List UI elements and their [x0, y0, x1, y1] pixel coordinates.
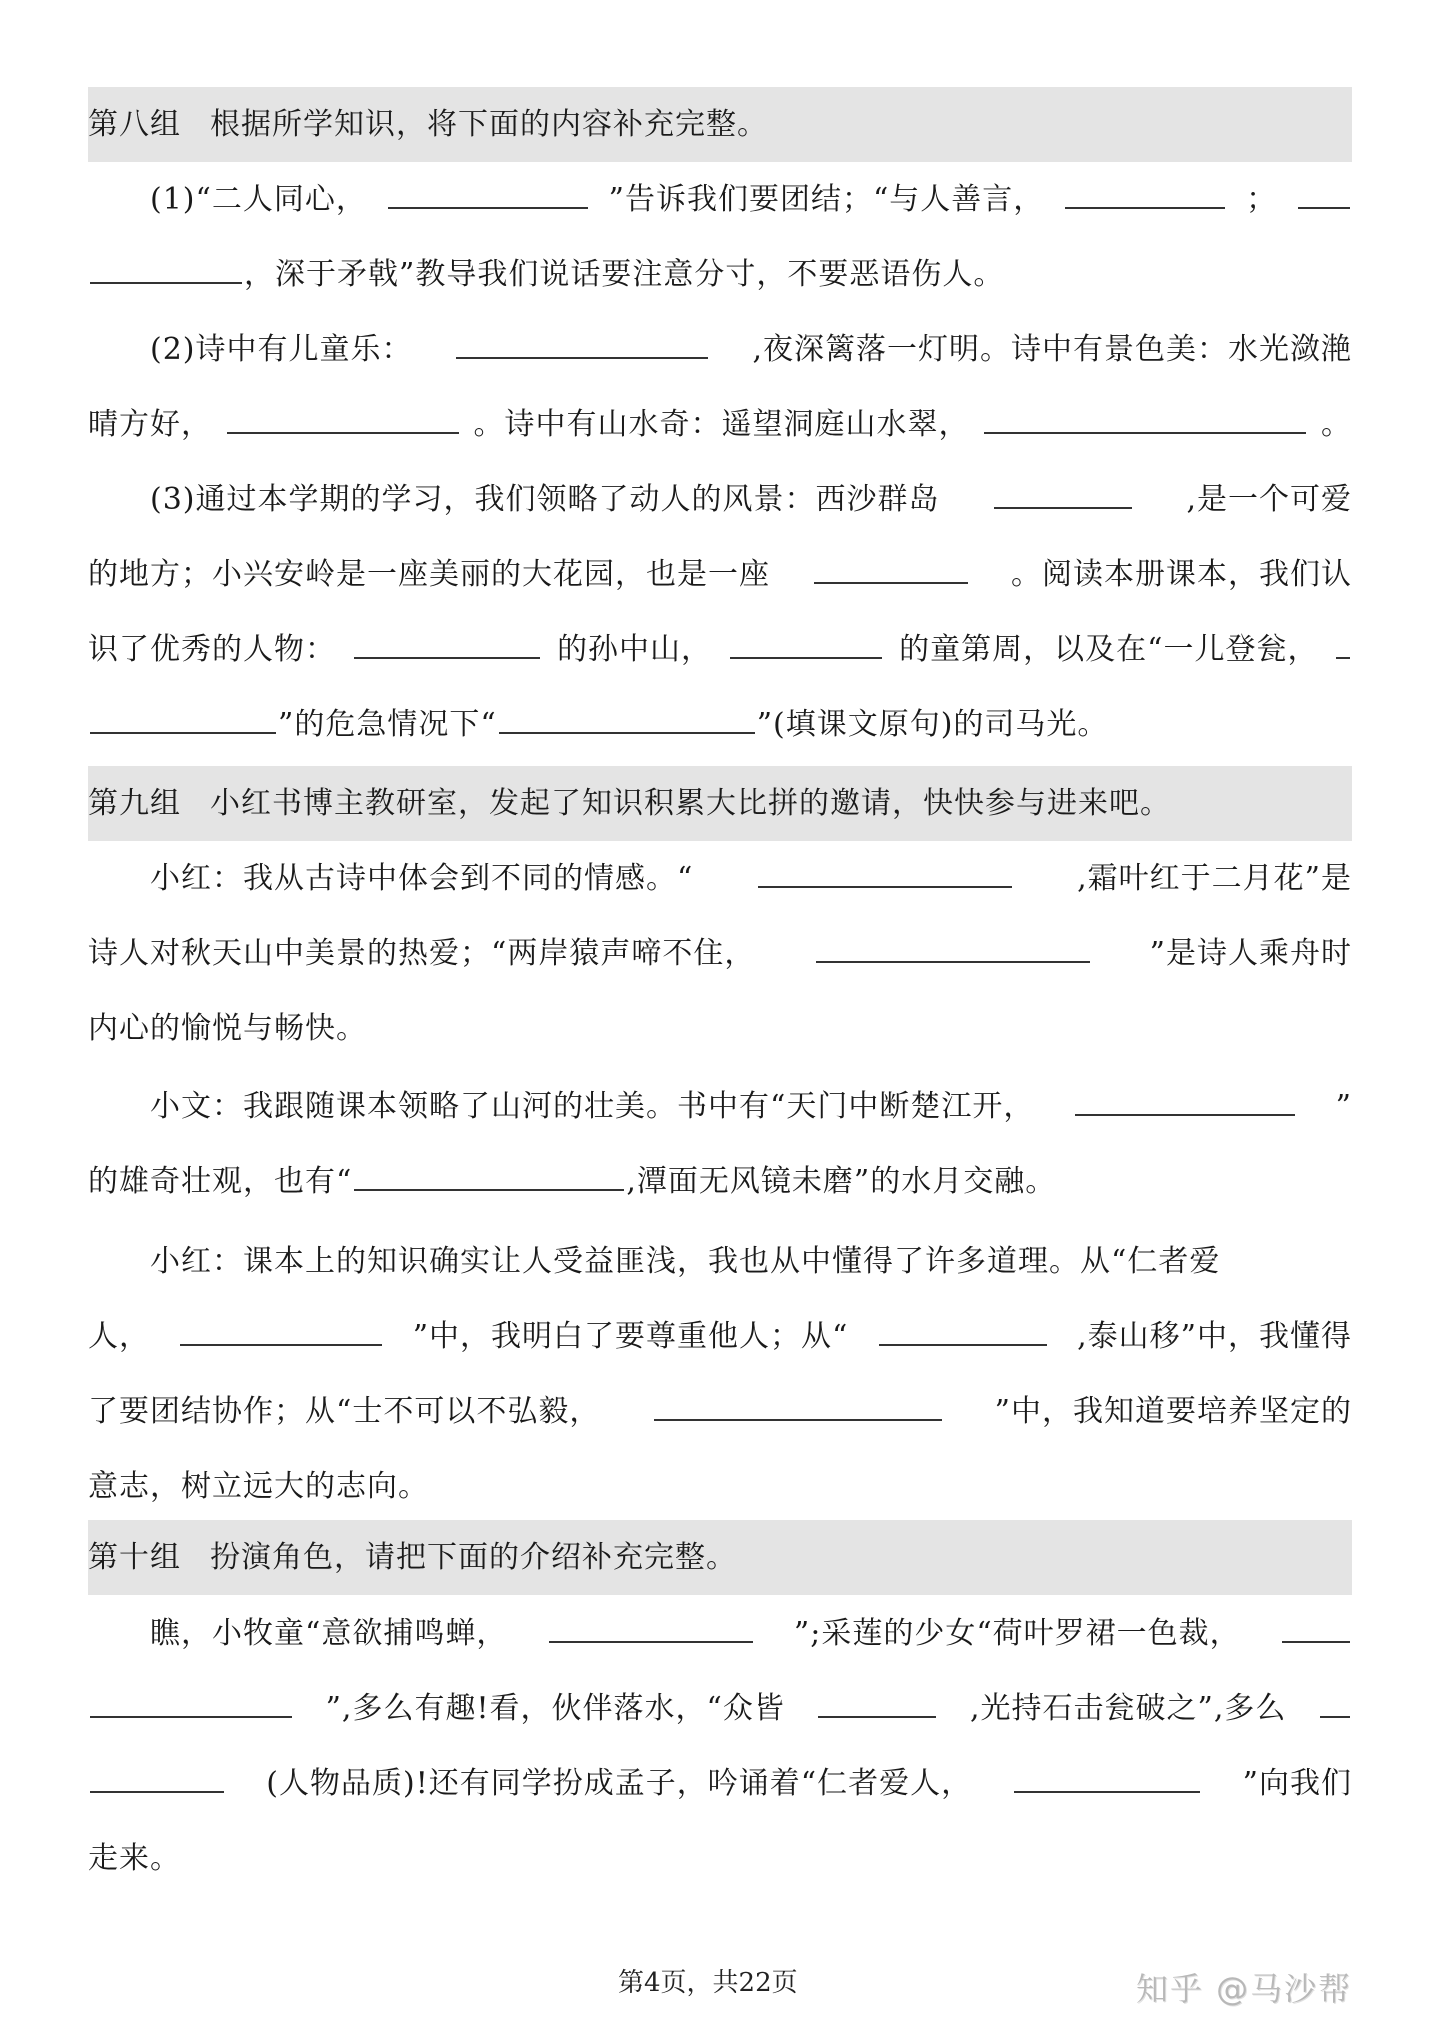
fill-in-blank[interactable]: [1336, 635, 1350, 659]
fill-in-blank[interactable]: [354, 1167, 624, 1191]
text-segment: 小红：我从古诗中体会到不同的情感。“: [150, 841, 693, 916]
text-segment: ”中，我明白了要尊重他人；从“: [413, 1299, 849, 1374]
fill-in-blank[interactable]: [354, 635, 540, 659]
text-line: 内心的愉悦与畅快。: [88, 991, 1352, 1066]
text-line: 走来。: [88, 1821, 1352, 1896]
fill-in-blank[interactable]: [758, 864, 1012, 888]
text-segment: ,泰山移”中，我懂得: [1077, 1299, 1352, 1374]
text-segment: 走来。: [88, 1821, 181, 1896]
text-segment: 人，: [88, 1299, 150, 1374]
section-header-group9: 第九组小红书博主教研室，发起了知识积累大比拼的邀请，快快参与进来吧。: [88, 766, 1352, 841]
text-segment: ，深于矛戟”教导我们说话要注意分寸，不要恶语伤人。: [244, 237, 1004, 312]
fill-in-blank[interactable]: [499, 710, 755, 734]
text-line: 晴方好，。诗中有山水奇：遥望洞庭山水翠，。: [88, 387, 1352, 462]
fill-in-blank[interactable]: [90, 1694, 292, 1718]
fill-in-blank[interactable]: [227, 410, 459, 434]
text-segment: ,光持石击瓮破之”,多么: [970, 1671, 1286, 1746]
text-segment: ”(填课文原句)的司马光。: [757, 687, 1109, 762]
text-segment: ”,多么有趣!看，伙伴落水，“众皆: [326, 1671, 785, 1746]
fill-in-blank[interactable]: [879, 1322, 1047, 1346]
text-line: 小文：我跟随课本领略了山河的壮美。书中有“天门中断楚江开，”: [88, 1069, 1352, 1144]
text-line: ，深于矛戟”教导我们说话要注意分寸，不要恶语伤人。: [88, 237, 1352, 312]
text-segment: 小文：我跟随课本领略了山河的壮美。书中有“天门中断楚江开，: [150, 1069, 1034, 1144]
text-segment: (2)诗中有儿童乐：: [150, 312, 413, 387]
text-line: 意志，树立远大的志向。: [88, 1449, 1352, 1524]
text-segment: 的孙中山，: [557, 612, 712, 687]
text-line: ”,多么有趣!看，伙伴落水，“众皆,光持石击瓮破之”,多么: [88, 1671, 1352, 1746]
section-number: 第十组: [88, 1520, 192, 1595]
text-segment: (1)“二人同心，: [150, 162, 367, 237]
text-line: (3)通过本学期的学习，我们领略了动人的风景：西沙群岛,是一个可爱: [88, 462, 1352, 537]
page-number: 第4页，共22页: [618, 1958, 798, 2008]
fill-in-blank[interactable]: [90, 1769, 224, 1793]
fill-in-blank[interactable]: [994, 485, 1132, 509]
text-line: 的雄奇壮观，也有“,潭面无风镜未磨”的水月交融。: [88, 1144, 1352, 1219]
fill-in-blank[interactable]: [1075, 1092, 1295, 1116]
fill-in-blank[interactable]: [818, 1694, 936, 1718]
section-instruction: 扮演角色，请把下面的介绍补充完整。: [210, 1540, 737, 1575]
text-segment: ,夜深篱落一灯明。诗中有景色美：水光潋滟: [752, 312, 1352, 387]
text-line: 诗人对秋天山中美景的热爱；“两岸猿声啼不住，”是诗人乘舟时: [88, 916, 1352, 991]
text-segment: ,是一个可爱: [1186, 462, 1352, 537]
text-segment: 的雄奇壮观，也有“: [88, 1144, 352, 1219]
fill-in-blank[interactable]: [180, 1322, 382, 1346]
text-segment: ”的危急情况下“: [278, 687, 497, 762]
fill-in-blank[interactable]: [90, 260, 242, 284]
fill-in-blank[interactable]: [456, 335, 708, 359]
fill-in-blank[interactable]: [814, 560, 968, 584]
text-line: (2)诗中有儿童乐：,夜深篱落一灯明。诗中有景色美：水光潋滟: [88, 312, 1352, 387]
text-segment: ,霜叶红于二月花”是: [1077, 841, 1352, 916]
fill-in-blank[interactable]: [1298, 185, 1350, 209]
text-segment: 。: [1321, 387, 1352, 462]
text-segment: ”向我们: [1243, 1746, 1352, 1821]
text-segment: 瞧，小牧童“意欲捕鸣蝉，: [150, 1596, 507, 1671]
text-segment: 的地方；小兴安岭是一座美丽的大花园，也是一座: [88, 537, 770, 612]
text-line: (1)“二人同心，”告诉我们要团结；“与人善言，；: [88, 162, 1352, 237]
section-number: 第八组: [88, 87, 192, 162]
fill-in-blank[interactable]: [654, 1397, 942, 1421]
text-line: ”的危急情况下“”(填课文原句)的司马光。: [88, 687, 1352, 762]
text-segment: (人物品质)!还有同学扮成孟子，吟诵着“仁者爱人，: [266, 1746, 972, 1821]
fill-in-blank[interactable]: [90, 710, 276, 734]
text-segment: ”告诉我们要团结；“与人善言，: [609, 162, 1045, 237]
text-segment: 小红：课本上的知识确实让人受益匪浅，我也从中懂得了许多道理。从“仁者爱: [150, 1224, 1220, 1299]
text-segment: 晴方好，: [88, 387, 212, 462]
fill-in-blank[interactable]: [1065, 185, 1225, 209]
text-segment: (3)通过本学期的学习，我们领略了动人的风景：西沙群岛: [150, 462, 940, 537]
text-segment: 了要团结协作；从“士不可以不弘毅，: [88, 1374, 600, 1449]
text-segment: ”;采莲的少女“荷叶罗裙一色裁，: [794, 1596, 1241, 1671]
text-line: 的地方；小兴安岭是一座美丽的大花园，也是一座。阅读本册课本，我们认: [88, 537, 1352, 612]
zhihu-watermark: 知乎 @马沙帮: [1136, 1964, 1352, 2014]
text-segment: 诗人对秋天山中美景的热爱；“两岸猿声啼不住，: [88, 916, 755, 991]
fill-in-blank[interactable]: [816, 939, 1090, 963]
fill-in-blank[interactable]: [388, 185, 588, 209]
fill-in-blank[interactable]: [1320, 1694, 1350, 1718]
section-header-group10: 第十组扮演角色，请把下面的介绍补充完整。: [88, 1520, 1352, 1595]
text-segment: ”: [1336, 1069, 1352, 1144]
text-segment: 内心的愉悦与畅快。: [88, 991, 367, 1066]
text-segment: 。阅读本册课本，我们认: [1011, 537, 1352, 612]
text-segment: 。诗中有山水奇：遥望洞庭山水翠，: [474, 387, 970, 462]
text-segment: ；: [1246, 162, 1277, 237]
section-instruction: 小红书博主教研室，发起了知识积累大比拼的邀请，快快参与进来吧。: [210, 786, 1171, 821]
text-segment: 的童第周，以及在“一儿登瓮，: [899, 612, 1318, 687]
text-segment: ,潭面无风镜未磨”的水月交融。: [626, 1144, 1056, 1219]
text-segment: 识了优秀的人物：: [88, 612, 336, 687]
text-line: 人，”中，我明白了要尊重他人；从“,泰山移”中，我懂得: [88, 1299, 1352, 1374]
text-line: 小红：我从古诗中体会到不同的情感。“,霜叶红于二月花”是: [88, 841, 1352, 916]
fill-in-blank[interactable]: [1282, 1619, 1350, 1643]
fill-in-blank[interactable]: [730, 635, 882, 659]
text-segment: ”是诗人乘舟时: [1150, 916, 1352, 991]
section-number: 第九组: [88, 766, 192, 841]
text-segment: 意志，树立远大的志向。: [88, 1449, 429, 1524]
page-footer: 第4页，共22页 知乎 @马沙帮: [0, 1958, 1440, 2008]
section-header-group8: 第八组根据所学知识，将下面的内容补充完整。: [88, 87, 1352, 162]
text-line: 识了优秀的人物：的孙中山，的童第周，以及在“一儿登瓮，: [88, 612, 1352, 687]
text-line: (人物品质)!还有同学扮成孟子，吟诵着“仁者爱人，”向我们: [88, 1746, 1352, 1821]
text-line: 小红：课本上的知识确实让人受益匪浅，我也从中懂得了许多道理。从“仁者爱: [88, 1224, 1352, 1299]
fill-in-blank[interactable]: [549, 1619, 753, 1643]
text-line: 瞧，小牧童“意欲捕鸣蝉，”;采莲的少女“荷叶罗裙一色裁，: [88, 1596, 1352, 1671]
text-segment: ”中，我知道要培养坚定的: [995, 1374, 1352, 1449]
fill-in-blank[interactable]: [1014, 1769, 1200, 1793]
text-line: 了要团结协作；从“士不可以不弘毅，”中，我知道要培养坚定的: [88, 1374, 1352, 1449]
section-instruction: 根据所学知识，将下面的内容补充完整。: [210, 107, 768, 142]
fill-in-blank[interactable]: [984, 410, 1306, 434]
